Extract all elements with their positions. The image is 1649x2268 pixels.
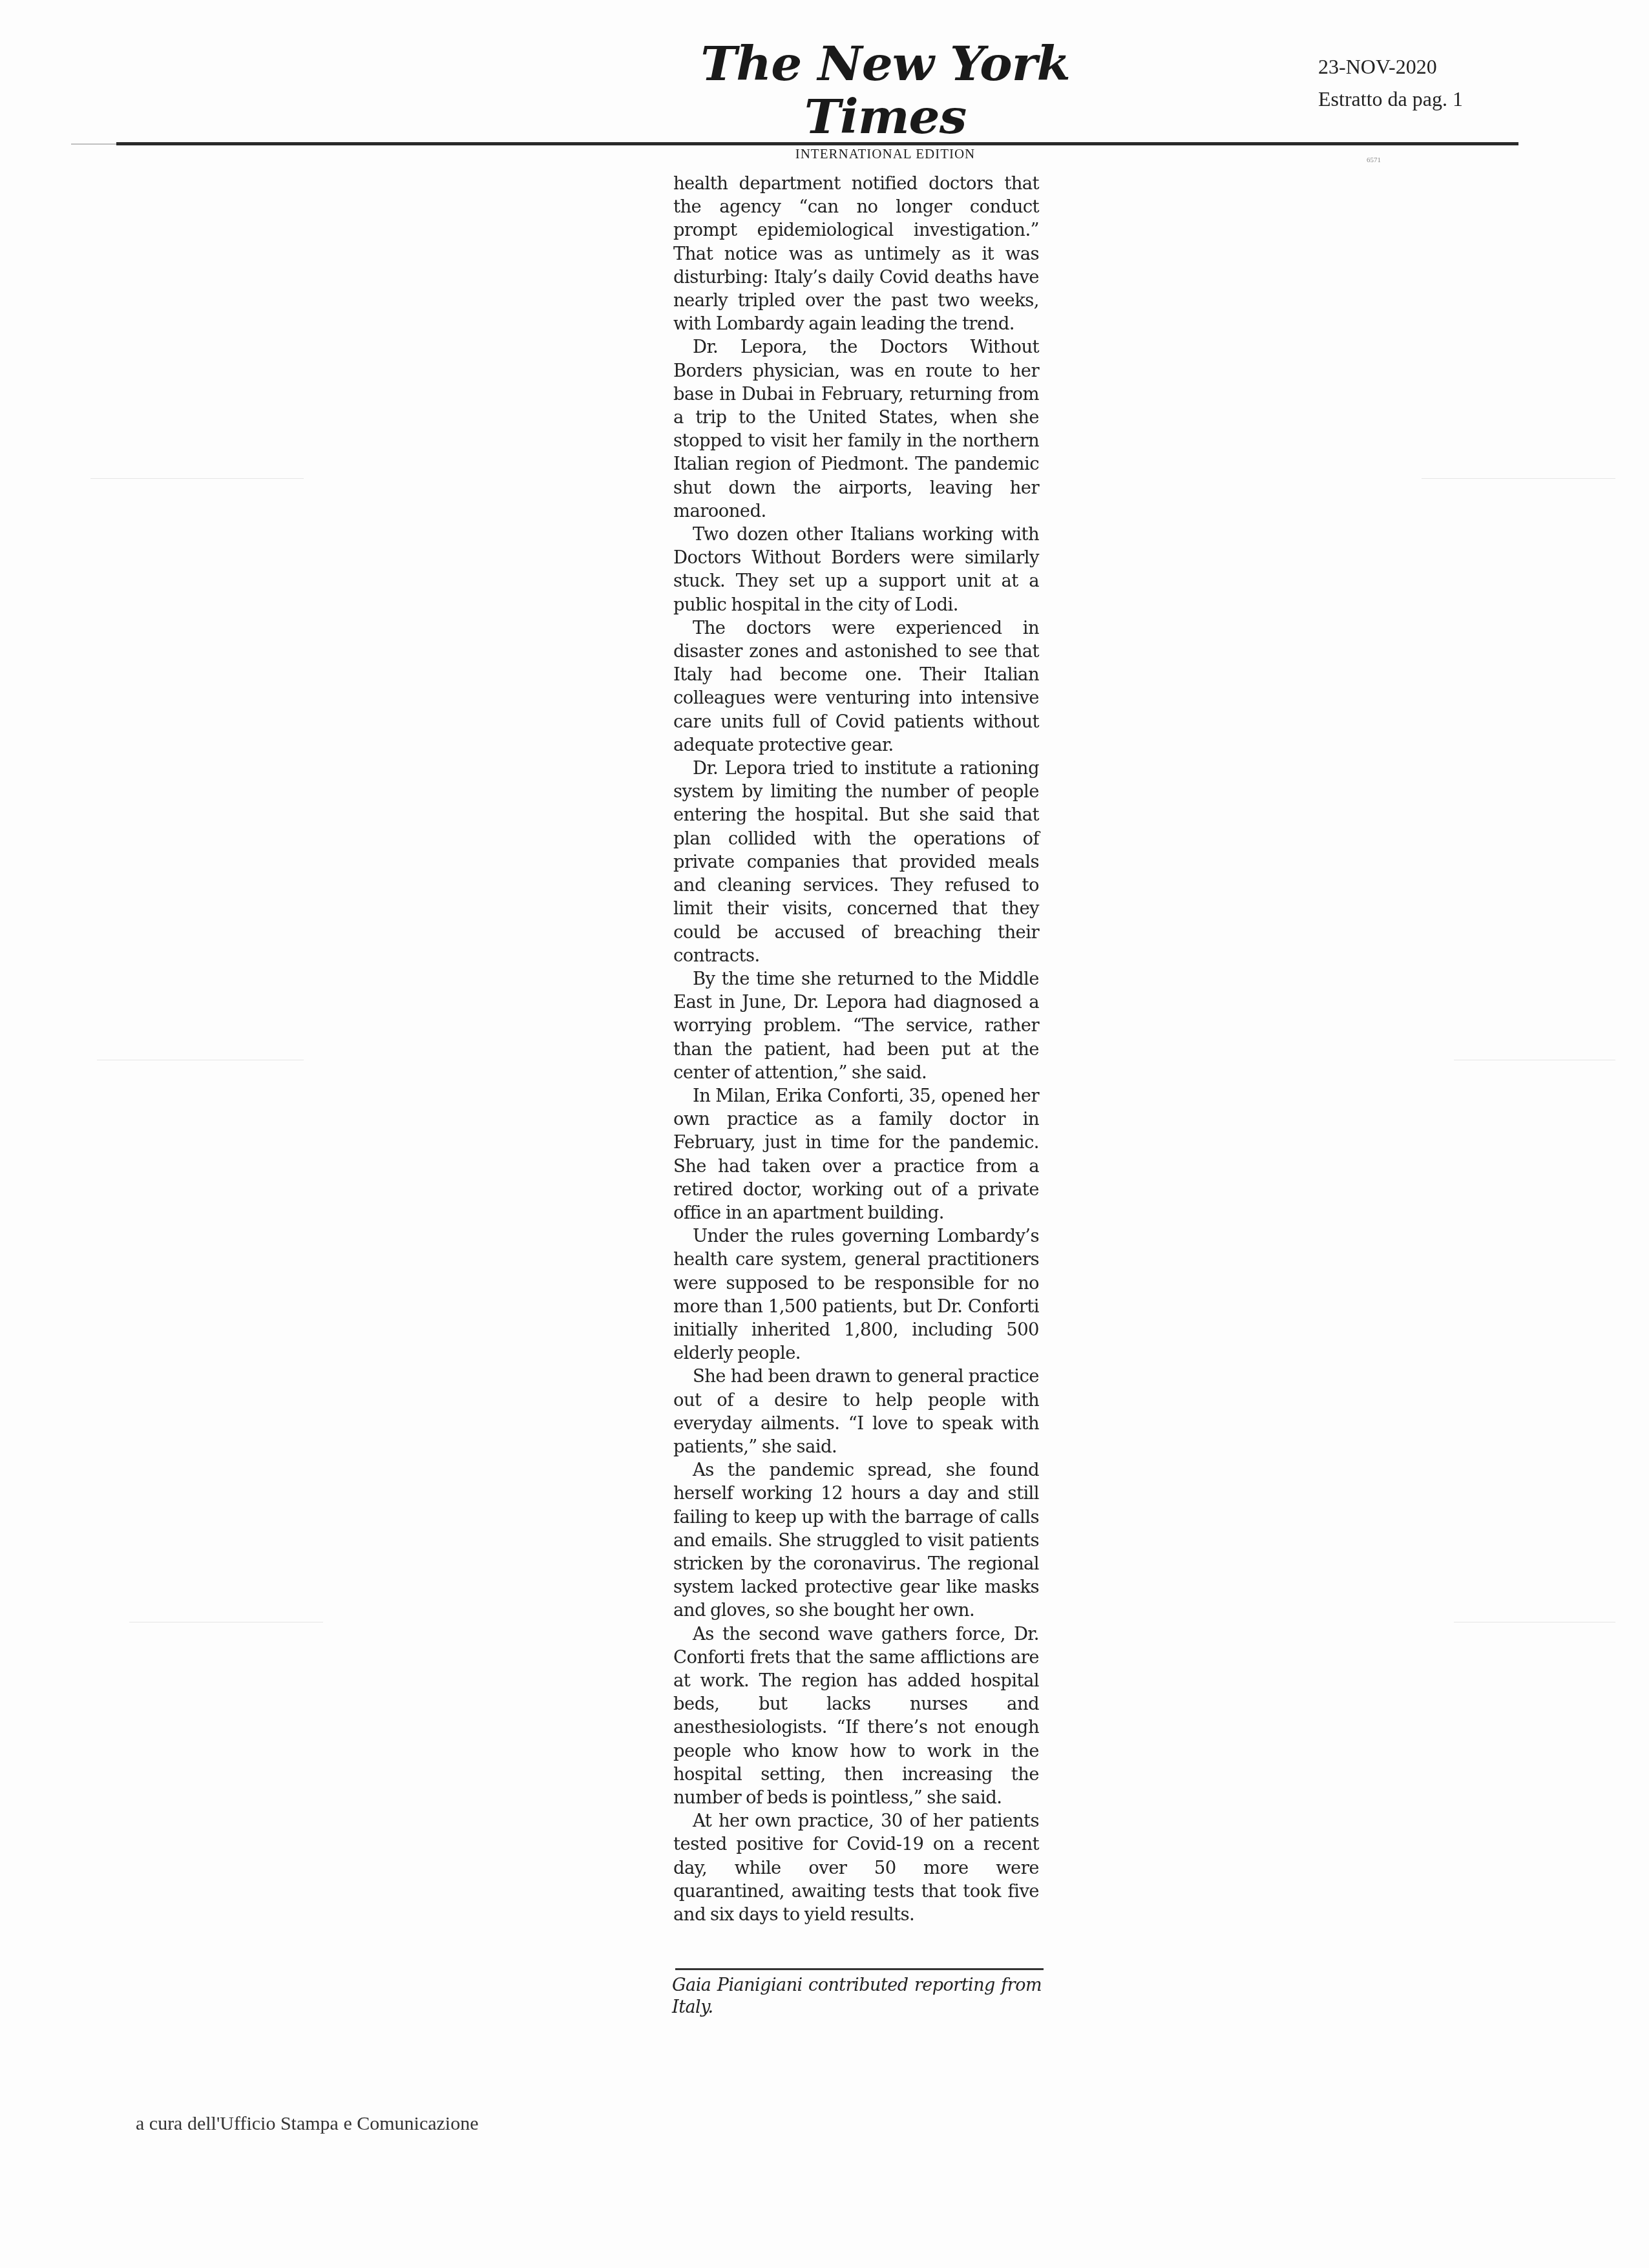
article-paragraph: By the time she returned to the Middle E…	[673, 967, 1039, 1084]
scan-artifact-line	[97, 1060, 304, 1060]
article-paragraph: Two dozen other Italians working with Do…	[673, 523, 1039, 616]
article-paragraph: She had been drawn to general practice o…	[673, 1365, 1039, 1458]
article-paragraph: At her own practice, 30 of her patients …	[673, 1809, 1039, 1926]
publication-logo: The New York Times	[675, 37, 1096, 143]
press-office-footer: a cura dell'Ufficio Stampa e Comunicazio…	[136, 2113, 479, 2135]
article-paragraph: The doctors were experienced in disaster…	[673, 616, 1039, 757]
credit-divider	[675, 1968, 1044, 1970]
scan-artifact-line	[90, 478, 304, 479]
article-paragraph: health department notified doctors that …	[673, 172, 1039, 335]
header-rule	[116, 142, 1518, 145]
page-code: 6571	[1367, 156, 1381, 164]
article-paragraph: Under the rules governing Lombardy’s hea…	[673, 1224, 1039, 1365]
article-body: health department notified doctors that …	[673, 172, 1039, 1926]
clipping-meta: 23-NOV-2020 Estratto da pag. 1	[1318, 50, 1463, 115]
article-paragraph: As the second wave gathers force, Dr. Co…	[673, 1622, 1039, 1810]
reporting-credit: Gaia Pianigiani contributed reporting fr…	[672, 1975, 1042, 2019]
scan-artifact-line	[1454, 1622, 1615, 1622]
scan-artifact-line	[1422, 478, 1615, 479]
publication-date: 23-NOV-2020	[1318, 50, 1463, 83]
page-extract-label: Estratto da pag. 1	[1318, 83, 1463, 115]
article-paragraph: Dr. Lepora tried to institute a rationin…	[673, 757, 1039, 967]
article-paragraph: In Milan, Erika Conforti, 35, opened her…	[673, 1084, 1039, 1224]
scan-artifact-line	[129, 1622, 323, 1622]
scan-artifact-line	[1454, 1060, 1615, 1060]
article-paragraph: As the pandemic spread, she found hersel…	[673, 1458, 1039, 1622]
article-paragraph: Dr. Lepora, the Doctors Without Borders …	[673, 335, 1039, 523]
edition-label: INTERNATIONAL EDITION	[685, 146, 1086, 162]
